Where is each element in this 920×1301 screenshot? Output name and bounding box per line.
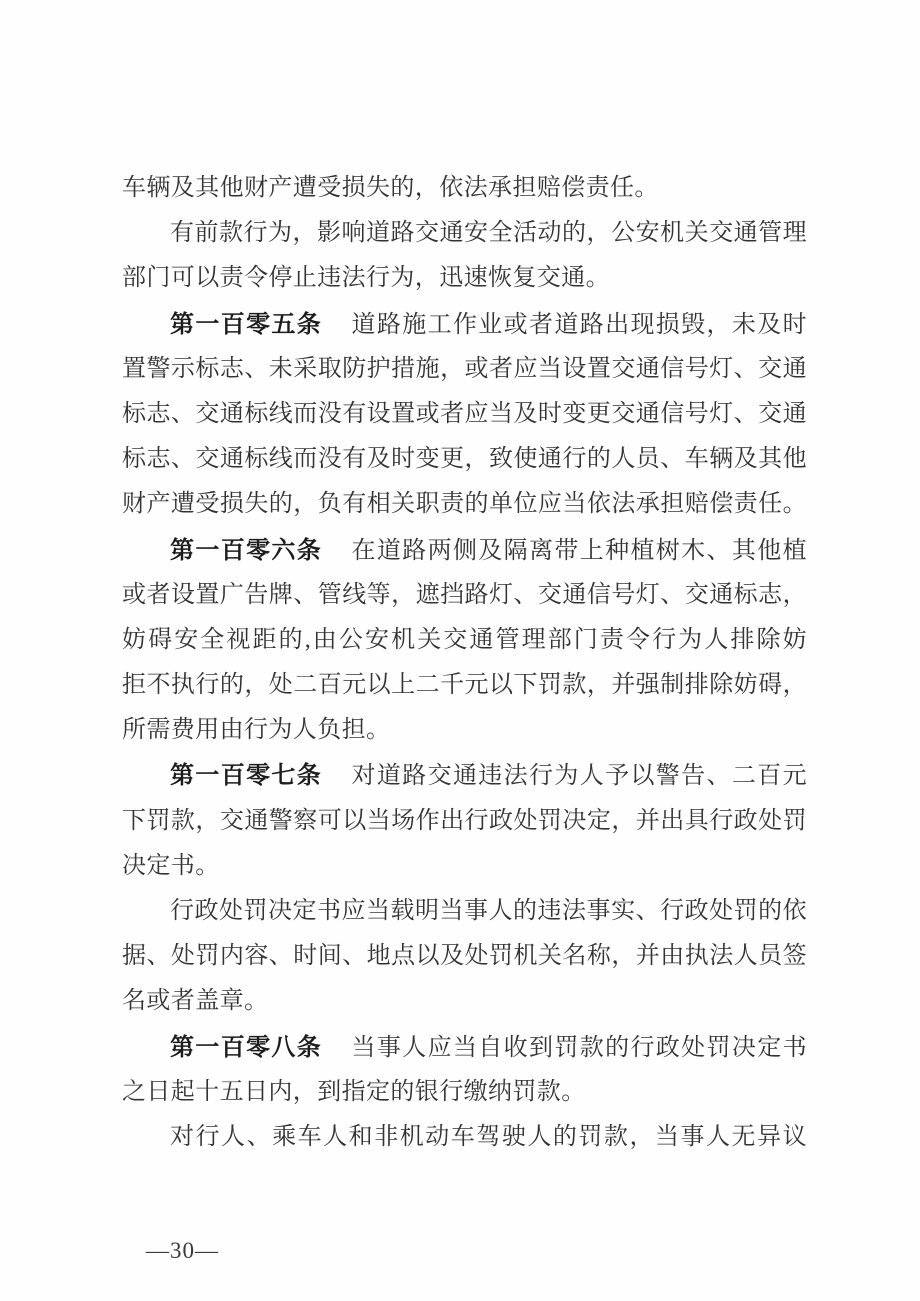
line-text: 部门可以责令停止违法行为，迅速恢复交通。 [122, 265, 610, 291]
text-line: 第一百零七条 对道路交通违法行为人予以警告、二百元以 [122, 753, 807, 798]
text-line: 有前款行为，影响道路交通安全活动的，公安机关交通管理 [122, 211, 807, 256]
text-block: 车辆及其他财产遭受损失的，依法承担赔偿责任。 有前款行为，影响道路交通安全活动的… [122, 166, 807, 1160]
text-line: 决定书。 [122, 844, 807, 889]
text-line: 据、处罚内容、时间、地点以及处罚机关名称，并由执法人员签 [122, 934, 807, 979]
text-line: 第一百零五条 道路施工作业或者道路出现损毁，未及时设 [122, 302, 807, 347]
line-text: 所需费用由行为人负担。 [122, 717, 390, 743]
article-number: 第一百零五条 [170, 311, 322, 338]
text-line: 行政处罚决定书应当载明当事人的违法事实、行政处罚的依 [122, 889, 807, 934]
text-line: 第一百零八条 当事人应当自收到罚款的行政处罚决定书 [122, 1025, 807, 1070]
line-text: 决定书。 [122, 853, 220, 879]
line-text: 或者设置广告牌、管线等，遮挡路灯、交通信号灯、交通标志， [122, 582, 807, 608]
text-line: 妨碍安全视距的,由公安机关交通管理部门责令行为人排除妨碍； [122, 618, 807, 663]
line-text: 下罚款，交通警察可以当场作出行政处罚决定，并出具行政处罚 [122, 808, 807, 834]
article-number: 第一百零六条 [170, 537, 322, 564]
text-line: 部门可以责令停止违法行为，迅速恢复交通。 [122, 256, 807, 301]
line-text: 当事人应当自收到罚款的行政处罚决定书 [352, 1035, 807, 1061]
article-number: 第一百零八条 [170, 1034, 322, 1061]
text-line: 所需费用由行为人负担。 [122, 708, 807, 753]
line-text: 名或者盖章。 [122, 988, 268, 1014]
line-text: 行政处罚决定书应当载明当事人的违法事实、行政处罚的依 [170, 898, 807, 924]
page-number: —30— [146, 1238, 219, 1264]
line-text: 有前款行为，影响道路交通安全活动的，公安机关交通管理 [170, 220, 807, 246]
text-line: 第一百零六条 在道路两侧及隔离带上种植树木、其他植物 [122, 528, 807, 573]
text-line: 或者设置广告牌、管线等，遮挡路灯、交通信号灯、交通标志， [122, 573, 807, 618]
line-text: 标志、交通标线而没有设置或者应当及时变更交通信号灯、交通 [122, 401, 807, 427]
text-line: 财产遭受损失的，负有相关职责的单位应当依法承担赔偿责任。 [122, 482, 807, 527]
line-text: 车辆及其他财产遭受损失的，依法承担赔偿责任。 [122, 175, 659, 201]
line-text: 据、处罚内容、时间、地点以及处罚机关名称，并由执法人员签 [122, 943, 807, 969]
text-line: 名或者盖章。 [122, 979, 807, 1024]
line-text: 妨碍安全视距的,由公安机关交通管理部门责令行为人排除妨碍； [122, 627, 807, 663]
line-text: 标志、交通标线而没有及时变更，致使通行的人员、车辆及其他 [122, 446, 807, 472]
line-text: 之日起十五日内，到指定的银行缴纳罚款。 [122, 1079, 586, 1105]
text-line: 置警示标志、未采取防护措施，或者应当设置交通信号灯、交通 [122, 347, 807, 392]
text-line: 对行人、乘车人和非机动车驾驶人的罚款，当事人无异议的， [122, 1115, 807, 1160]
text-line: 标志、交通标线而没有及时变更，致使通行的人员、车辆及其他 [122, 437, 807, 482]
text-line: 标志、交通标线而没有设置或者应当及时变更交通信号灯、交通 [122, 392, 807, 437]
text-line: 拒不执行的，处二百元以上二千元以下罚款，并强制排除妨碍， [122, 663, 807, 708]
line-text: 财产遭受损失的，负有相关职责的单位应当依法承担赔偿责任。 [122, 491, 807, 517]
article-number: 第一百零七条 [170, 762, 322, 789]
text-line: 之日起十五日内，到指定的银行缴纳罚款。 [122, 1070, 807, 1115]
text-line: 下罚款，交通警察可以当场作出行政处罚决定，并出具行政处罚 [122, 799, 807, 844]
line-text: 对行人、乘车人和非机动车驾驶人的罚款，当事人无异议的， [122, 1124, 807, 1160]
text-line: 车辆及其他财产遭受损失的，依法承担赔偿责任。 [122, 166, 807, 211]
line-text: 拒不执行的，处二百元以上二千元以下罚款，并强制排除妨碍， [122, 672, 807, 698]
line-text: 置警示标志、未采取防护措施，或者应当设置交通信号灯、交通 [122, 356, 807, 382]
document-page: 车辆及其他财产遭受损失的，依法承担赔偿责任。 有前款行为，影响道路交通安全活动的… [0, 0, 920, 1301]
